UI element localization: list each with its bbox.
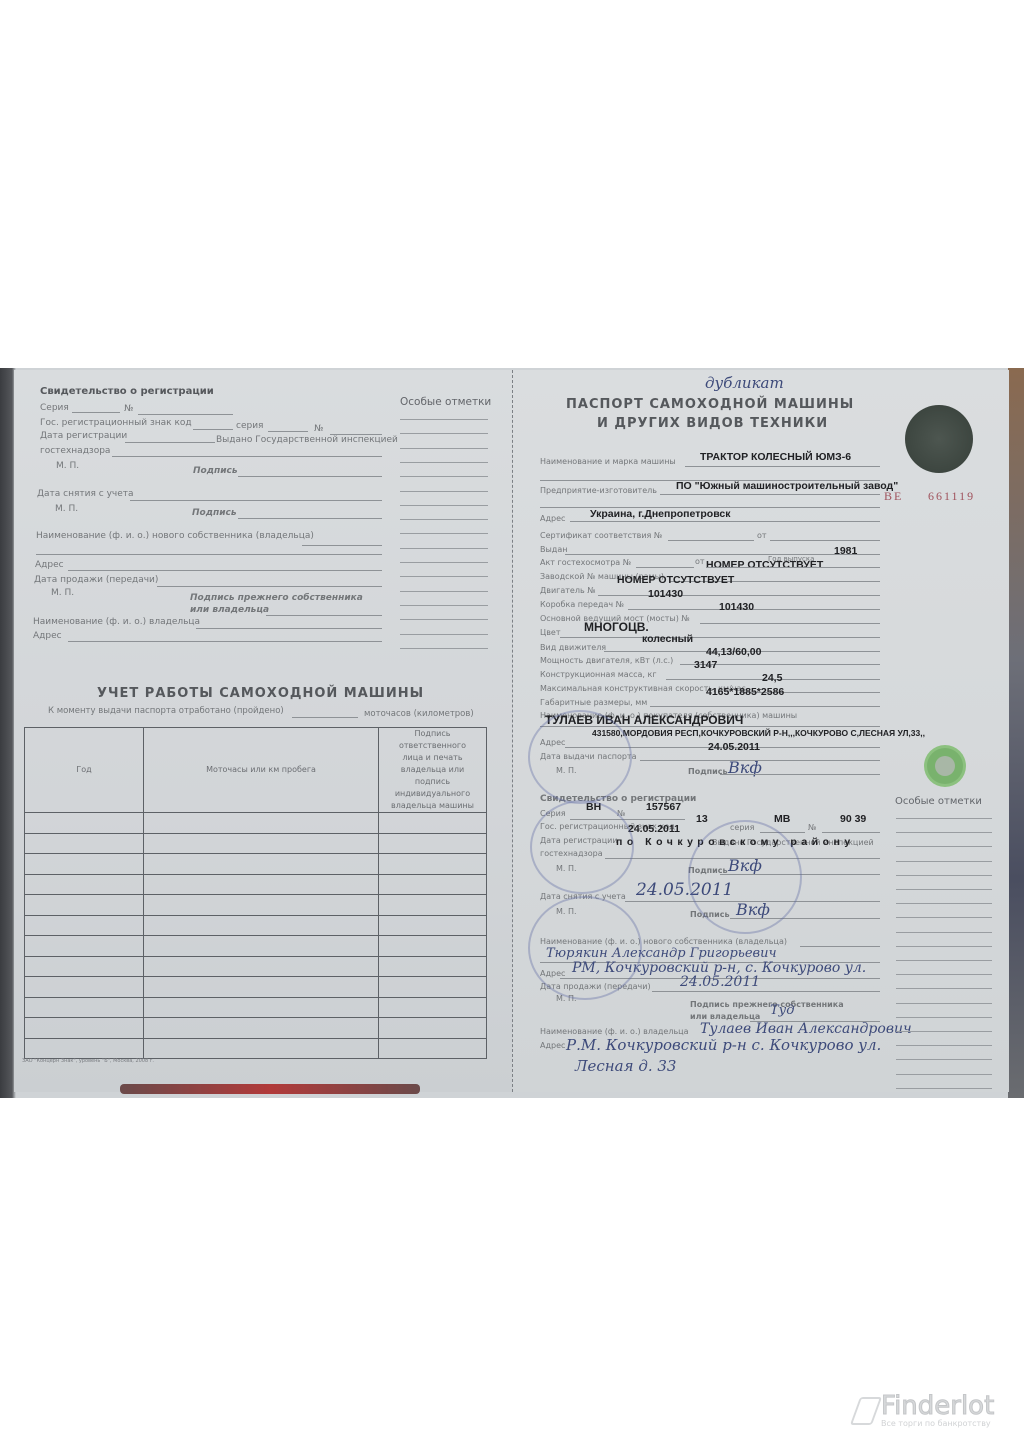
special-marks-line bbox=[896, 932, 992, 933]
table-cell bbox=[379, 874, 487, 895]
gearbox-value: 101430 bbox=[648, 588, 683, 600]
special-marks-line bbox=[400, 462, 488, 463]
prev-owner-signature: Туд bbox=[770, 1003, 794, 1018]
table-row bbox=[25, 874, 487, 895]
manufacturer-value: ПО "Южный машиностроительный завод" bbox=[676, 480, 898, 492]
table-cell bbox=[25, 1018, 144, 1039]
special-marks-line bbox=[896, 875, 992, 876]
special-marks-line bbox=[896, 974, 992, 975]
special-marks-line bbox=[896, 1017, 992, 1018]
plate-number-label: № bbox=[314, 424, 323, 434]
table-cell bbox=[379, 1018, 487, 1039]
printer-footer: ЗАО "Концерн Знак", уровень "Б", Москва,… bbox=[22, 1058, 154, 1064]
special-marks-line bbox=[400, 548, 488, 549]
passport-title-line1: ПАСПОРТ САМОХОДНОЙ МАШИНЫ bbox=[566, 397, 854, 412]
official-stamp bbox=[688, 820, 802, 934]
special-marks-line bbox=[400, 433, 488, 434]
special-marks-line bbox=[400, 491, 488, 492]
prev-owner-signature-label-2: или владельца bbox=[190, 605, 269, 615]
table-cell bbox=[144, 854, 379, 875]
table-cell bbox=[25, 977, 144, 998]
table-cell bbox=[25, 997, 144, 1018]
desk-edge bbox=[1008, 368, 1024, 1098]
table-cell bbox=[144, 997, 379, 1018]
owner-address-value-2: Лесная д. 33 bbox=[575, 1057, 676, 1075]
table-cell bbox=[25, 956, 144, 977]
frame-value: НОМЕР ОТСУТСТВУЕТ bbox=[706, 559, 823, 571]
dimensions-label: Габаритные размеры, мм bbox=[540, 698, 647, 707]
inspection-label: Акт гостехосмотра № bbox=[540, 558, 631, 567]
owner-address-label: Адрес bbox=[540, 1041, 565, 1050]
table-cell bbox=[25, 1038, 144, 1059]
special-marks-line bbox=[896, 1059, 992, 1060]
registration-date-label: Дата регистрации bbox=[40, 431, 127, 441]
duplicate-handwritten: дубликат bbox=[705, 374, 784, 392]
column-header-signature: Подпись ответственного лица и печать вла… bbox=[379, 728, 487, 813]
special-marks-line bbox=[896, 946, 992, 947]
owner-address-label: Адрес bbox=[33, 631, 62, 641]
drive-value: колесный bbox=[642, 633, 693, 645]
table-cell bbox=[379, 977, 487, 998]
table-cell bbox=[144, 977, 379, 998]
table-row bbox=[25, 895, 487, 916]
drive-label: Вид движителя bbox=[540, 643, 606, 652]
table-cell bbox=[379, 1038, 487, 1059]
watermark-brand: Finderlot bbox=[881, 1393, 994, 1419]
special-marks-line bbox=[400, 533, 488, 534]
prev-owner-signature-label-2: или владельца bbox=[690, 1012, 760, 1021]
work-log-subtitle: К моменту выдачи паспорта отработано (пр… bbox=[48, 706, 284, 716]
special-marks-line bbox=[400, 591, 488, 592]
inspection-from-label: от bbox=[695, 557, 705, 566]
table-row bbox=[25, 915, 487, 936]
buyer-address-value: 431580,МОРДОВИЯ РЕСП,КОЧКУРОВСКИЙ Р-Н,,,… bbox=[592, 728, 925, 738]
number-label: № bbox=[124, 404, 133, 414]
table-cell bbox=[144, 915, 379, 936]
table-cell bbox=[144, 1038, 379, 1059]
special-marks-line bbox=[896, 1045, 992, 1046]
address-label: Адрес bbox=[35, 560, 64, 570]
power-label: Мощность двигателя, кВт (л.с.) bbox=[540, 656, 673, 665]
table-cell bbox=[144, 895, 379, 916]
table-cell bbox=[379, 915, 487, 936]
table-cell bbox=[25, 936, 144, 957]
special-marks-line bbox=[896, 889, 992, 890]
green-seal bbox=[927, 748, 963, 784]
sale-date-value: 24.05.2011 bbox=[680, 974, 760, 990]
mp-label: М. П. bbox=[55, 504, 78, 514]
special-marks-line bbox=[896, 818, 992, 819]
finderlot-watermark: Finderlot Все торги по банкротству bbox=[855, 1393, 994, 1428]
special-marks-line bbox=[400, 519, 488, 520]
work-log-title: УЧЕТ РАБОТЫ САМОХОДНОЙ МАШИНЫ bbox=[97, 686, 424, 701]
gearbox-label: Коробка передач № bbox=[540, 600, 624, 609]
axle-value: 101430 bbox=[719, 601, 754, 613]
certificate-from-label: от bbox=[757, 531, 767, 540]
table-cell bbox=[144, 936, 379, 957]
special-marks-title: Особые отметки bbox=[895, 796, 982, 807]
column-header-year: Год bbox=[25, 728, 144, 813]
special-marks-line bbox=[400, 634, 488, 635]
plate-series-label: серия bbox=[236, 421, 263, 431]
table-row bbox=[25, 1038, 487, 1059]
table-cell bbox=[144, 874, 379, 895]
issued-label: Выдан bbox=[540, 545, 567, 554]
owner-name-label: Наименование (ф. и. о.) владельца bbox=[33, 617, 200, 627]
machine-name-value: ТРАКТОР КОЛЕСНЫЙ ЮМЗ-6 bbox=[700, 451, 851, 463]
table-row bbox=[25, 1018, 487, 1039]
table-row bbox=[25, 997, 487, 1018]
special-marks-line bbox=[400, 419, 488, 420]
mp-label: М. П. bbox=[51, 588, 74, 598]
table-row bbox=[25, 813, 487, 834]
prev-owner-signature-label: Подпись прежнего собственника bbox=[690, 1000, 844, 1009]
manufacturer-label: Предприятие-изготовитель bbox=[540, 486, 657, 495]
plate-number-value: 90 39 bbox=[840, 813, 866, 825]
special-marks-line bbox=[896, 960, 992, 961]
table-cell bbox=[379, 854, 487, 875]
color-label: Цвет bbox=[540, 628, 561, 637]
certificate-label: Сертификат соответствия № bbox=[540, 531, 662, 540]
table-cell bbox=[144, 813, 379, 834]
finderlot-logo-icon bbox=[850, 1397, 882, 1425]
new-owner-name-label: Наименование (ф. и. о.) нового собственн… bbox=[36, 531, 314, 541]
owner-address-value: Р.М. Кочкуровский р-н с. Кочкурово ул. bbox=[566, 1036, 881, 1054]
table-cell bbox=[144, 833, 379, 854]
special-marks-title: Особые отметки bbox=[400, 396, 491, 408]
table-row bbox=[25, 833, 487, 854]
color-value: МНОГОЦВ. bbox=[584, 620, 649, 634]
mass-label: Конструкционная масса, кг bbox=[540, 670, 657, 679]
column-header-hours: Моточасы или км пробега bbox=[144, 728, 379, 813]
gostekh-label: гостехнадзора bbox=[40, 446, 110, 456]
special-marks-line bbox=[400, 576, 488, 577]
table-cell bbox=[379, 956, 487, 977]
table-row bbox=[25, 936, 487, 957]
sale-date-label: Дата продажи (передачи) bbox=[34, 575, 158, 585]
table-cell bbox=[144, 956, 379, 977]
table-row bbox=[25, 956, 487, 977]
table-cell bbox=[379, 833, 487, 854]
table-cell bbox=[25, 874, 144, 895]
speed-value: 24,5 bbox=[762, 672, 782, 684]
special-marks-line bbox=[896, 903, 992, 904]
registration-date-value: 24.05.2011 bbox=[628, 823, 680, 835]
table-cell bbox=[379, 895, 487, 916]
power-value: 44,13/60,00 bbox=[706, 646, 761, 658]
special-marks-line bbox=[896, 988, 992, 989]
prev-owner-signature-label: Подпись прежнего собственника bbox=[190, 593, 363, 603]
engine-value: НОМЕР ОТСУТСТВУЕТ bbox=[617, 574, 734, 586]
watermark-tagline: Все торги по банкротству bbox=[881, 1419, 994, 1428]
special-marks-line bbox=[400, 448, 488, 449]
plate-number-label: № bbox=[808, 823, 816, 832]
plate-series-value: МВ bbox=[774, 813, 790, 825]
serial-number: 661119 bbox=[928, 489, 975, 504]
special-marks-line bbox=[896, 832, 992, 833]
work-log-table: Год Моточасы или км пробега Подпись отве… bbox=[24, 727, 487, 1059]
special-marks-line bbox=[400, 619, 488, 620]
issued-by-label: Выдано Государственной инспекцией bbox=[216, 435, 398, 445]
registration-title: Свидетельство о регистрации bbox=[40, 386, 214, 397]
special-marks-line bbox=[896, 1088, 992, 1089]
special-marks-line bbox=[896, 917, 992, 918]
machine-name-label: Наименование и марка машины bbox=[540, 457, 676, 466]
special-marks-line bbox=[896, 1003, 992, 1004]
table-cell bbox=[379, 813, 487, 834]
owner-name-value: Тулаев Иван Александрович bbox=[700, 1021, 912, 1037]
special-marks-line bbox=[400, 476, 488, 477]
special-marks-line bbox=[400, 648, 488, 649]
table-cell bbox=[25, 854, 144, 875]
special-marks-line bbox=[896, 1074, 992, 1075]
official-stamp bbox=[528, 896, 642, 1000]
cover-edge bbox=[120, 1084, 420, 1094]
passport-title-line2: И ДРУГИХ ВИДОВ ТЕХНИКИ bbox=[597, 416, 828, 431]
special-marks-line bbox=[400, 605, 488, 606]
plate-label: Гос. регистрационный знак код bbox=[40, 418, 192, 428]
table-cell bbox=[25, 813, 144, 834]
special-marks-line bbox=[400, 505, 488, 506]
official-stamp bbox=[530, 800, 634, 894]
deregistration-date-label: Дата снятия с учета bbox=[37, 489, 134, 499]
table-cell bbox=[379, 997, 487, 1018]
owner-name-label: Наименование (ф. и. о.) владельца bbox=[540, 1027, 689, 1036]
year-value: 1981 bbox=[834, 545, 857, 557]
plate-code-value: 13 bbox=[696, 813, 708, 825]
mp-label: М. П. bbox=[56, 461, 79, 471]
table-row bbox=[25, 854, 487, 875]
mass-value: 3147 bbox=[694, 659, 717, 671]
signature-label: Подпись bbox=[192, 508, 237, 518]
special-marks-line bbox=[896, 846, 992, 847]
signature-label: Подпись bbox=[193, 466, 238, 476]
official-stamp bbox=[528, 710, 632, 804]
special-marks-line bbox=[896, 1031, 992, 1032]
hologram-seal bbox=[905, 405, 973, 473]
table-row bbox=[25, 977, 487, 998]
address-label: Адрес bbox=[540, 514, 565, 523]
number-value: 157567 bbox=[646, 801, 681, 813]
address-value: Украина, г.Днепропетровск bbox=[590, 508, 730, 520]
table-cell bbox=[25, 895, 144, 916]
work-log-subtitle-units: моточасов (километров) bbox=[364, 709, 474, 719]
dimensions-value: 4165*1885*2586 bbox=[706, 686, 784, 698]
special-marks-line bbox=[400, 562, 488, 563]
table-cell bbox=[144, 1018, 379, 1039]
table-cell bbox=[25, 915, 144, 936]
issue-date-value: 24.05.2011 bbox=[708, 741, 760, 753]
series-label: Серия bbox=[40, 403, 69, 413]
engine-label: Двигатель № bbox=[540, 586, 596, 595]
table-cell bbox=[379, 936, 487, 957]
table-cell bbox=[25, 833, 144, 854]
special-marks-line bbox=[896, 861, 992, 862]
